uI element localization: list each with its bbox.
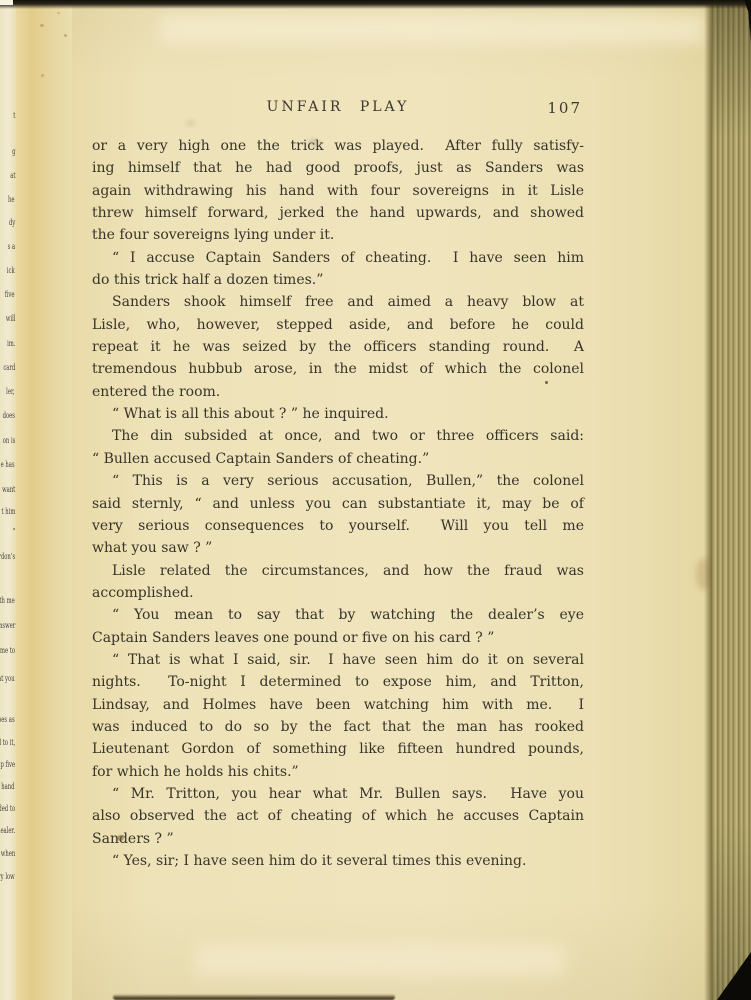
- text-line: “ That is what I said, sir. I have seen …: [92, 649, 584, 671]
- facing-page-text-fragment: when: [1, 850, 15, 859]
- photo-top-left-corner: [0, 0, 13, 5]
- scanned-book-page-photo: tgathedys aickfivewillim.cardler,doeson …: [0, 0, 751, 1000]
- text-line: “ What is all this about ? ” he inquired…: [92, 403, 584, 425]
- text-line: Sanders ? ”: [92, 828, 584, 850]
- facing-page-text-fragment: he: [8, 196, 15, 205]
- text-line: ing himself that he had good proofs, jus…: [92, 157, 584, 179]
- facing-page-text-fragment: th me: [0, 597, 15, 606]
- facing-page-text-fragment: up five: [0, 761, 15, 770]
- text-line: or a very high one the trick was played.…: [92, 135, 584, 157]
- text-line: threw himself forward, jerked the hand u…: [92, 202, 584, 224]
- next-page-shadow-streak: [113, 994, 395, 1000]
- text-line: tremendous hubbub arose, in the midst of…: [92, 358, 584, 380]
- text-line: was induced to do so by the fact that th…: [92, 716, 584, 738]
- chapter-running-title: UNFAIR PLAY: [92, 99, 584, 115]
- facing-page-text-fragment: ”: [12, 528, 15, 537]
- facing-page-text-fragment: s hand: [0, 783, 15, 792]
- text-line: “ Bullen accused Captain Sanders of chea…: [92, 448, 584, 470]
- text-line: Sanders shook himself free and aimed a h…: [92, 291, 584, 313]
- facing-page-text-fragment: e has: [1, 461, 15, 470]
- facing-page-text-fragment: ick: [7, 267, 15, 276]
- text-line: Captain Sanders leaves one pound or five…: [92, 627, 584, 649]
- photo-top-edge: [0, 0, 751, 9]
- body-text: or a very high one the trick was played.…: [92, 135, 584, 872]
- text-line: again withdrawing his hand with four sov…: [92, 180, 584, 202]
- running-header: UNFAIR PLAY 107: [92, 99, 584, 119]
- facing-page-text-fragment: ime to: [0, 647, 15, 656]
- page-number: 107: [547, 99, 582, 117]
- facing-page-text-fragment: five: [5, 291, 15, 300]
- facing-page-text-fragment: rdon’s: [0, 553, 15, 562]
- facing-page-text-fragment: want: [2, 486, 15, 495]
- text-line: the four sovereigns lying under it.: [92, 224, 584, 246]
- facing-page-text-fragment: d to it,: [0, 739, 15, 748]
- facing-page-text-fragment: s a: [7, 243, 15, 252]
- text-line: very serious consequences to yourself. W…: [92, 515, 584, 537]
- facing-page-text-fragment: ler,: [7, 388, 15, 397]
- text-line: Lisle related the circumstances, and how…: [92, 560, 584, 582]
- text-line: also observed the act of cheating of whi…: [92, 805, 584, 827]
- facing-page-text-fragment: t him: [1, 508, 15, 517]
- text-line: accomplished.: [92, 582, 584, 604]
- text-line: said sternly, “ and unless you can subst…: [92, 493, 584, 515]
- text-line: nights. To-night I determined to expose …: [92, 671, 584, 693]
- facing-page-text-fragment: does: [3, 412, 15, 421]
- text-line: “ You mean to say that by watching the d…: [92, 604, 584, 626]
- facing-page-text-fragment: t: [13, 112, 15, 121]
- facing-page-text-fragment: answer: [0, 622, 15, 631]
- text-line: The din subsided at once, and two or thr…: [92, 425, 584, 447]
- facing-page-text-fragment: ry low: [0, 873, 15, 882]
- facing-page-text-fragment: oes as: [0, 716, 15, 725]
- facing-page-text-fragment: dy: [9, 219, 15, 228]
- facing-page-text-fragment: card: [3, 364, 15, 373]
- facing-page-edge: tgathedys aickfivewillim.cardler,doeson …: [0, 0, 16, 1000]
- text-line: entered the room.: [92, 381, 584, 403]
- facing-page-text-fragment: will: [5, 315, 15, 324]
- text-line: “ Mr. Tritton, you hear what Mr. Bullen …: [92, 783, 584, 805]
- text-line: “ This is a very serious accusation, Bul…: [92, 470, 584, 492]
- book-page: UNFAIR PLAY 107 or a very high one the t…: [72, 0, 712, 1000]
- text-line: Lindsay, and Holmes have been watching h…: [92, 694, 584, 716]
- facing-page-text-fragment: at: [10, 172, 15, 181]
- facing-page-text-fragment: g: [12, 148, 15, 157]
- text-line: Lieutenant Gordon of something like fift…: [92, 738, 584, 760]
- page-stack-edge: [712, 0, 751, 1000]
- facing-page-text-fragment: im.: [7, 340, 15, 349]
- text-line: do this trick half a dozen times.”: [92, 269, 584, 291]
- facing-page-text-fragment: at you: [0, 675, 15, 684]
- facing-page-text-fragment: ded to: [0, 805, 15, 814]
- text-line: Lisle, who, however, stepped aside, and …: [92, 314, 584, 336]
- facing-page-text-fragment: on is: [2, 437, 15, 446]
- facing-page-text-fragment: dealer.: [0, 827, 15, 836]
- text-line: “ Yes, sir; I have seen him do it severa…: [92, 850, 584, 872]
- text-line: “ I accuse Captain Sanders of cheating. …: [92, 247, 584, 269]
- text-line: for which he holds his chits.”: [92, 761, 584, 783]
- book-gutter-fold: [16, 0, 72, 1000]
- text-line: repeat it he was seized by the officers …: [92, 336, 584, 358]
- text-line: what you saw ? ”: [92, 537, 584, 559]
